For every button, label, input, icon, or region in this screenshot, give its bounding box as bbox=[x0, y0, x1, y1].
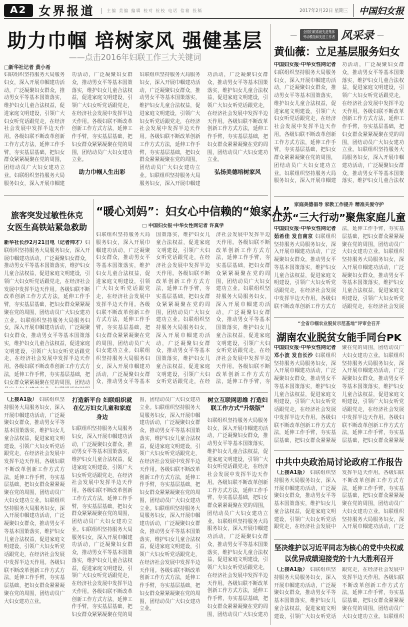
jianjue-headline-line1: 坚决维护以习近平同志为核心的党中央权威 bbox=[272, 543, 406, 554]
rescue-text: 妇联组织坚持服务大局服务妇女，深入开展巾帼建功活动，广泛凝聚妇女群众，推动男女平… bbox=[4, 240, 90, 388]
warm-text: 妇联组织坚持服务大局服务妇女，深入开展巾帼建功活动，广泛凝聚妇女群众，推动男女平… bbox=[96, 232, 270, 385]
fengcailu-header: — 全国妇联系统先进集体 劳动模范和先进工作者 风采录 — bbox=[270, 27, 404, 43]
jump-note-politburo: （上接A1版） bbox=[274, 470, 310, 476]
lead-headline: 助力巾帼 培树家风 强健基层 bbox=[4, 26, 266, 53]
leftbox-vertical-rule bbox=[93, 199, 94, 389]
warm-body: 妇联组织坚持服务大局服务妇女，深入开展巾帼建功活动，广泛凝聚妇女群众，推动男女平… bbox=[96, 232, 270, 388]
warm-byline: □ 中国妇女报·中华女性网记者 许真学 bbox=[96, 222, 270, 229]
jiangsu-eyebrow: 家庭美德倡导 家教工作提升 精准关爱守护 bbox=[272, 201, 406, 208]
jianjue-text: 妇联组织坚持服务大局服务妇女，深入开展巾帼建功活动，广泛凝聚妇女群众，推动男女平… bbox=[274, 567, 404, 620]
lead-article-body: 妇联组织坚持服务大局服务妇女，深入开展巾帼建功活动，广泛凝聚妇女群众，推动男女平… bbox=[4, 72, 268, 192]
hunan-headline: 湖南农业脱贫女能手同台PK bbox=[272, 329, 406, 344]
jump-note-jianjue: （上接A1版） bbox=[274, 567, 310, 573]
page-header: A2 女界报道 主编 美编 编辑 校对 检校 电话 信箱 投稿 2017年2月2… bbox=[4, 3, 404, 19]
fengcailu-text: 妇联组织坚持服务大局服务妇女，深入开展巾帼建功活动，广泛凝聚妇女群众，推动男女平… bbox=[274, 62, 404, 184]
newspaper-page: A2 女界报道 主编 美编 编辑 校对 检校 电话 信箱 投稿 2017年2月2… bbox=[0, 0, 408, 627]
jianjue-headline: 坚决维护以习近平同志为核心的党中央权威 以优异成绩迎接党的十九大胜利召开 bbox=[272, 543, 406, 564]
jiangsu-body: 中国妇女报·中华女性网记者 茹希佳 发自南京 妇联组织坚持服务大局服务妇女，深入… bbox=[274, 226, 404, 314]
crosshead-internet: 树立互联网思维 打造妇联工作方式“升级版” bbox=[207, 397, 268, 414]
dash-right: — bbox=[377, 31, 384, 39]
lead-byline: □新华社记者 黄小希 bbox=[4, 64, 154, 71]
lead-crosshead-1: 助力巾帼人生出彩 bbox=[72, 169, 133, 177]
fengcailu-script-title: 风采录 bbox=[341, 27, 374, 43]
jianjue-headline-line2: 以优异成绩迎接党的十九大胜利召开 bbox=[272, 554, 406, 565]
warm-headline: “暖心刘妈”：妇女心中信赖的“娘家人” bbox=[96, 203, 270, 219]
jianjue-body: （上接A1版） 妇联组织坚持服务大局服务妇女，深入开展巾帼建功活动，广泛凝聚妇女… bbox=[274, 567, 404, 624]
newspaper-name: 中国妇女报 bbox=[353, 4, 404, 17]
politburo-text: 妇联组织坚持服务大局服务妇女，深入开展巾帼建功活动，广泛凝聚妇女群众，推动男女平… bbox=[274, 470, 404, 530]
politburo-body: （上接A1版） 妇联组织坚持服务大局服务妇女，深入开展巾帼建功活动，广泛凝聚妇女… bbox=[274, 470, 404, 536]
main-vertical-rule bbox=[270, 24, 271, 625]
hunan-body: 中国妇女报·中华女性网记者 邓小波 发自长沙 妇联组织坚持服务大局服务妇女，深入… bbox=[274, 345, 404, 447]
fengcailu-lede: 中国妇女报·中华女性网记者 bbox=[274, 62, 336, 68]
left-hrule-1 bbox=[4, 195, 268, 196]
masthead-credits: 主编 美编 编辑 校对 检校 电话 信箱 投稿 bbox=[101, 8, 203, 14]
left-hrule-2 bbox=[4, 392, 268, 393]
lead-subhead: ——点击2016年妇联工作三大关键词 bbox=[4, 52, 266, 63]
right-hrule-1 bbox=[274, 196, 404, 197]
hunan-eyebrow: “全省巾帼农业脱贫示范基地”评审会召开 bbox=[272, 321, 406, 327]
header-right: 2017年2月22日 星期三 中国妇女报 bbox=[300, 4, 405, 17]
badge-line1: 全国妇联系统先进集体 bbox=[303, 30, 335, 34]
issue-date: 2017年2月22日 星期三 bbox=[300, 8, 348, 14]
right-hrule-4 bbox=[274, 539, 404, 540]
cont-text-2: 妇联组织坚持服务大局服务妇女，深入开展巾帼建功活动，广泛凝聚妇女群众，推动男女平… bbox=[72, 397, 201, 618]
fengcailu-headline: 黄仙薇：立足基层服务妇女 bbox=[270, 44, 404, 59]
fengcailu-body: 中国妇女报·中华女性网记者 妇联组织坚持服务大局服务妇女，深入开展巾帼建功活动，… bbox=[274, 62, 404, 192]
right-hrule-3 bbox=[274, 450, 404, 451]
lead-crosshead-2: 弘扬美德培树家风 bbox=[207, 169, 268, 177]
hunan-text: 妇联组织坚持服务大局服务妇女，深入开展巾帼建功活动，广泛凝聚妇女群众，推动男女平… bbox=[274, 345, 404, 444]
continued-article-body: （上接A1版） 妇联组织坚持服务大局服务妇女，深入开展巾帼建功活动，广泛凝聚妇女… bbox=[4, 397, 268, 623]
rescue-title-line2: 女医生高铁站紧急救助 bbox=[4, 222, 90, 234]
cont-text-1: 妇联组织坚持服务大局服务妇女，深入开展巾帼建功活动，广泛凝聚妇女群众，推动男女平… bbox=[4, 397, 65, 605]
page-number-badge: A2 bbox=[4, 4, 33, 17]
politburo-headline: 中共中央政治局讨论政府工作报告 bbox=[272, 456, 406, 468]
jump-note-left: （上接A1版） bbox=[4, 397, 39, 403]
jiangsu-headline: 江苏“三大行动”聚焦家庭儿童 bbox=[272, 209, 406, 224]
rescue-title: 旅客突发过敏性休克 女医生高铁站紧急救助 bbox=[4, 210, 90, 234]
rescue-title-line1: 旅客突发过敏性休克 bbox=[4, 210, 90, 222]
cont-text-3: 妇联组织坚持服务大局服务妇女，深入开展巾帼建功活动，广泛凝聚妇女群众，推动男女平… bbox=[207, 397, 268, 620]
badge-line2: 劳动模范和先进工作者 bbox=[303, 35, 335, 39]
section-title: 女界报道 bbox=[39, 2, 95, 19]
honor-badge: 全国妇联系统先进集体 劳动模范和先进工作者 bbox=[300, 29, 338, 41]
dash-left: — bbox=[290, 31, 297, 39]
right-hrule-2 bbox=[274, 317, 404, 318]
rescue-body: 新华社长沙2月21日电（记者帅才）妇联组织坚持服务大局服务妇女，深入开展巾帼建功… bbox=[4, 240, 90, 388]
crosshead-platform: 打造新平台 妇联组织就在亿万妇女儿童和家庭身边 bbox=[72, 397, 133, 422]
rescue-lede: 新华社长沙2月21日电（记者帅才） bbox=[4, 240, 85, 246]
